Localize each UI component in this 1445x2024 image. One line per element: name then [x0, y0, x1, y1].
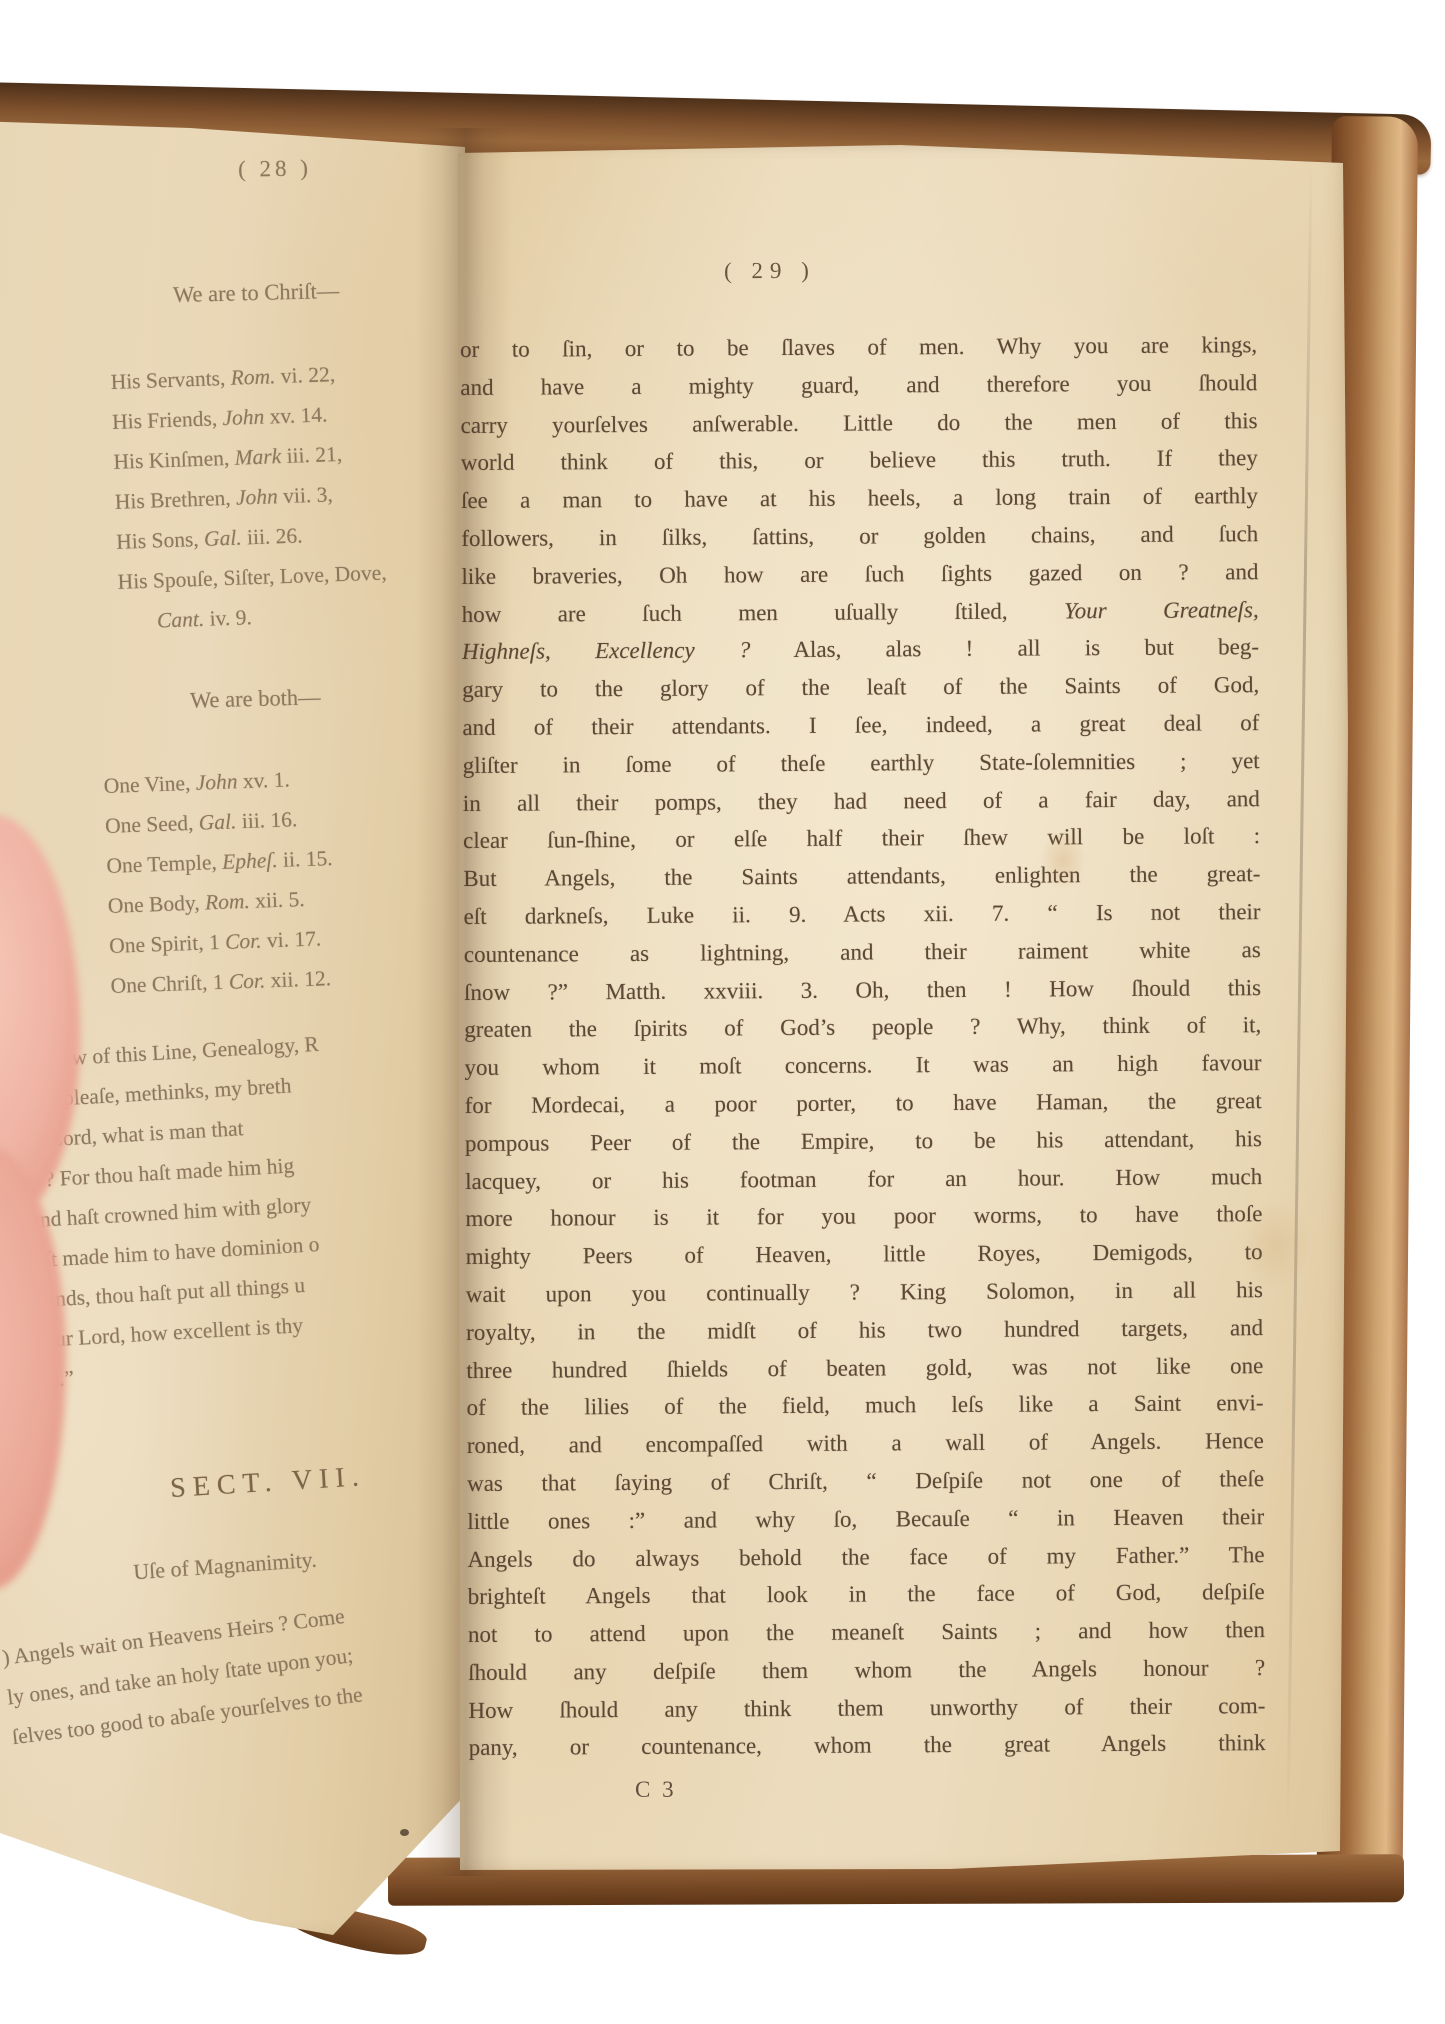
body-text-line: clear ſun-ſhine, or elſe half their ſhew… — [463, 817, 1260, 860]
left-page-heading-we-are-to-christ: We are to Chriſt— — [173, 278, 340, 308]
left-page-heading-we-are-both: We are both— — [190, 684, 321, 713]
body-text-line: ſee a man to have at his heels, a long t… — [461, 477, 1258, 520]
body-text-line: royalty, in the midſt of his two hundred… — [466, 1309, 1263, 1352]
body-text-line: But Angels, the Saints attendants, enlig… — [463, 855, 1260, 898]
body-text-line: world think of this, or believe this tru… — [461, 440, 1258, 483]
body-text-line: roned, and encompaſſed with a wall of An… — [467, 1422, 1264, 1465]
ink-speck — [400, 1829, 409, 1836]
body-text-line: countenance as lightning, and their raim… — [464, 931, 1261, 974]
body-text-line: wait upon you continually ? King Solomon… — [466, 1271, 1263, 1314]
body-text-line: eſt darkneſs, Luke ii. 9. Acts xii. 7. “… — [463, 893, 1260, 936]
section-subheading: Uſe of Magnanimity. — [132, 1541, 403, 1586]
body-text-line: you whom it moſt concerns. It was an hig… — [464, 1044, 1261, 1087]
body-text-line: followers, in ſilks, ſattins, or golden … — [461, 515, 1258, 558]
body-text-line: or to ſin, or to be ſlaves of men. Why y… — [460, 326, 1257, 369]
body-text-line: more honour is it for you poor worms, to… — [465, 1195, 1262, 1238]
scripture-list-we-are-to-christ: His Servants, Rom. vi. 22,His Friends, J… — [110, 348, 520, 642]
body-text-line: like braveries, Oh how are ſuch ſights g… — [461, 553, 1258, 596]
body-text-line: pompous Peer of the Empire, to be his at… — [465, 1120, 1262, 1163]
right-page: ( 29 ) or to ſin, or to be ſlaves of men… — [450, 135, 1355, 1880]
body-text-line: little ones :” and why ſo, Becauſe “ in … — [467, 1498, 1264, 1541]
body-text-line: Highneſs, Excellency ? Alas, alas ! all … — [462, 629, 1259, 672]
book-photo: ( 28 ) We are to Chriſt— His Servants, R… — [0, 0, 1445, 2024]
body-text-line: greaten the ſpirits of God’s people ? Wh… — [464, 1006, 1261, 1049]
body-text-line: of the lilies of the field, much leſs li… — [466, 1384, 1263, 1427]
body-text-line: lacquey, or his footman for an hour. How… — [465, 1158, 1262, 1201]
body-text-line: Angels do always behold the face of my F… — [467, 1536, 1264, 1579]
body-text-line: mighty Peers of Heaven, little Royes, De… — [466, 1233, 1263, 1276]
body-text-line: for Mordecai, a poor porter, to have Ham… — [465, 1082, 1262, 1125]
thumb — [0, 815, 100, 1605]
body-text-line: how are ſuch men uſually ſtiled, Your Gr… — [462, 591, 1259, 634]
left-page-bottom-paragraph: ) Angels wait on Heavens Heirs ? Comely … — [0, 1581, 481, 1757]
body-text-line: gary to the glory of the leaſt of the Sa… — [462, 666, 1259, 709]
body-text-line: was that ſaying of Chriſt, “ Deſpiſe not… — [467, 1460, 1264, 1503]
body-text-line: brighteſt Angels that look in the face o… — [468, 1573, 1265, 1616]
body-text-line: pany, or countenance, whom the great Ang… — [469, 1725, 1266, 1768]
body-text-line: carry yourſelves anſwerable. Little do t… — [460, 402, 1257, 445]
signature-mark: C 3 — [635, 1777, 677, 1803]
left-page-number: ( 28 ) — [220, 155, 330, 183]
thumb-knuckle — [0, 1145, 66, 1590]
body-text-line: in all their pomps, they had need of a f… — [463, 780, 1260, 823]
body-text-line: How ſhould any think them unworthy of th… — [468, 1687, 1265, 1730]
body-text-line: ſhould any deſpiſe them whom the Angels … — [468, 1649, 1265, 1692]
scripture-list-we-are-both: One Vine, John xv. 1.One Seed, Gal. iii.… — [103, 752, 511, 1006]
page-crease — [1286, 160, 1312, 1830]
section-heading: SECT. VII. — [162, 1461, 374, 1506]
right-page-text: or to ſin, or to be ſlaves of men. Why y… — [460, 326, 1266, 1767]
right-page-number: ( 29 ) — [705, 257, 835, 284]
body-text-line: three hundred ſhields of beaten gold, wa… — [466, 1347, 1263, 1390]
body-text-line: and of their attendants. I ſee, indeed, … — [462, 704, 1259, 747]
body-text-line: ſnow ?” Matth. xxviii. 3. Oh, then ! How… — [464, 969, 1261, 1012]
body-text-line: gliſter in ſome of theſe earthly State-ſ… — [463, 742, 1260, 785]
body-text-line: not to attend upon the meaneſt Saints ; … — [468, 1611, 1265, 1654]
body-text-line: and have a mighty guard, and therefore y… — [460, 364, 1257, 407]
